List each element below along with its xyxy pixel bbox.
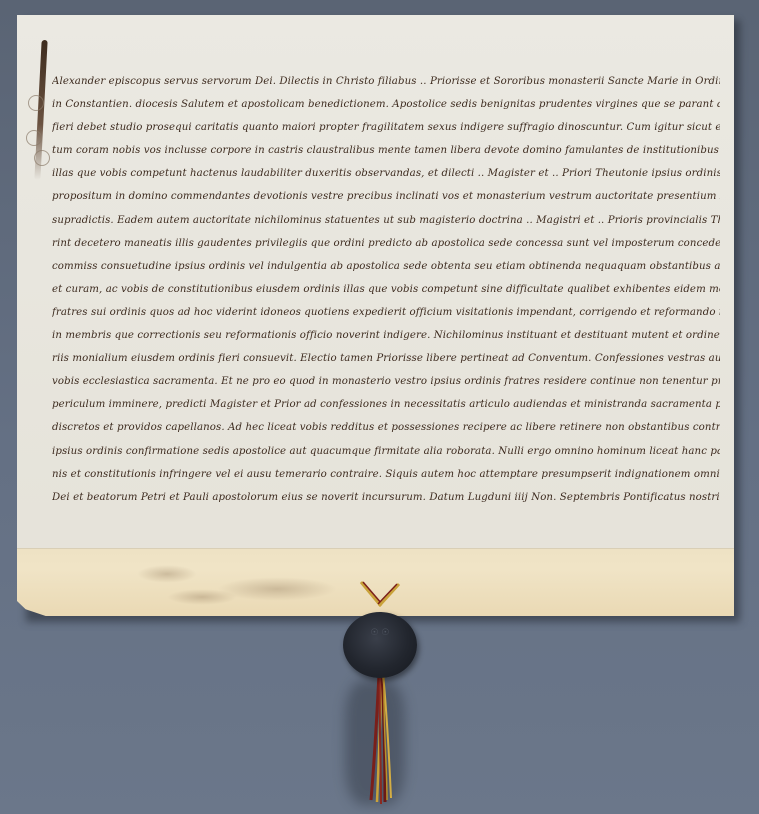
text-line: fieri debet studio prosequi caritatis qu… [52, 116, 720, 139]
stain-mark [167, 589, 237, 605]
text-line: commiss consuetudine ipsius ordinis vel … [52, 255, 720, 278]
charter-text: Alexander episcopus servus servorum Dei.… [52, 70, 720, 509]
text-line: fratres sui ordinis quos ad hoc viderint… [52, 301, 720, 324]
stain-mark [137, 565, 197, 583]
initial-flourish-icon [26, 130, 42, 146]
text-line: tum coram nobis vos inclusse corpore in … [52, 139, 720, 162]
silk-tassel-icon [365, 674, 397, 804]
text-line: Alexander episcopus servus servorum Dei.… [52, 70, 720, 93]
text-line: et curam, ac vobis de constitutionibus e… [52, 278, 720, 301]
initial-flourish-icon [28, 95, 44, 111]
text-line: in Constantien. diocesis Salutem et apos… [52, 93, 720, 116]
text-line: propositum in domino commendantes devoti… [52, 185, 720, 208]
text-line: ipsius ordinis confirmatione sedis apost… [52, 440, 720, 463]
text-line: periculum imminere, predicti Magister et… [52, 393, 720, 416]
text-line: Dei et beatorum Petri et Pauli apostolor… [52, 486, 720, 509]
lead-seal-bulla: ☉ ☉ [343, 612, 417, 678]
silk-cord-knot-icon [355, 580, 405, 610]
text-line: riis monialium eiusdem ordinis fieri con… [52, 347, 720, 370]
text-line: rint decetero maneatis illis gaudentes p… [52, 232, 720, 255]
text-line: in membris que correctionis seu reformat… [52, 324, 720, 347]
text-line: discretos et providos capellanos. Ad hec… [52, 416, 720, 439]
text-line: vobis ecclesiastica sacramenta. Et ne pr… [52, 370, 720, 393]
seal-heads-relief-icon: ☉ ☉ [361, 628, 399, 660]
initial-flourish-icon [34, 150, 50, 166]
text-line: illas que vobis competunt hactenus lauda… [52, 162, 720, 185]
text-line: supradictis. Eadem autem auctoritate nic… [52, 209, 720, 232]
text-line: nis et constitutionis infringere vel ei … [52, 463, 720, 486]
